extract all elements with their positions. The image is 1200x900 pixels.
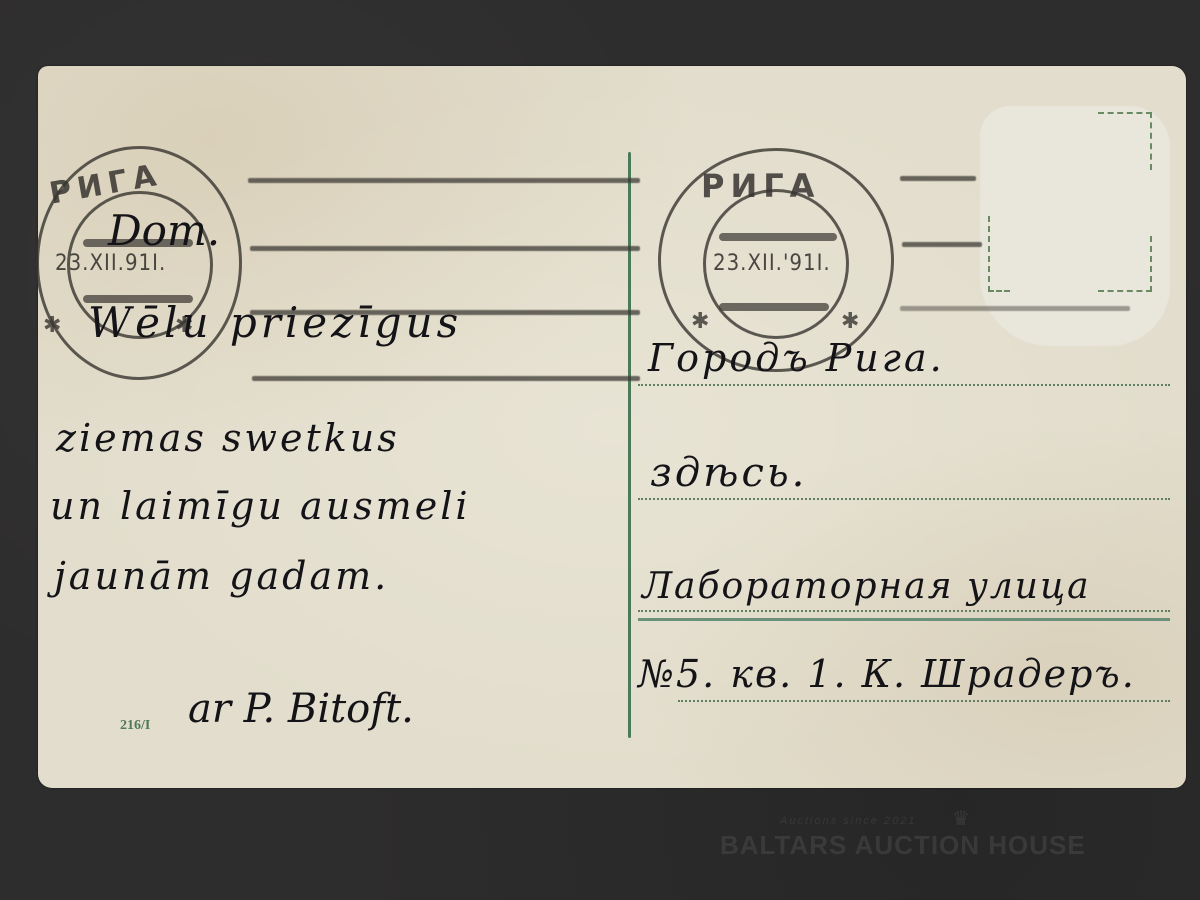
address-line [678,700,1170,702]
address-line-text: №5. кв. 1. К. Шрадеръ. [638,652,1136,696]
postmark-city: РИГА [701,167,820,205]
cancellation-line [250,246,640,251]
signature: ar P. Bitoft. [188,686,414,732]
stamp-box-corner-left [988,216,1010,292]
message-line: un laimīgu ausmeli [50,484,471,528]
cancellation-line [252,376,640,381]
address-line-solid [638,618,1170,621]
address-line [638,610,1170,612]
cancellation-line [900,176,976,181]
print-code: 216/I [120,718,150,734]
message-line: jaunām gadam. [54,554,389,598]
stamp-box-corner-top [1098,112,1152,170]
star-icon: ✱ [691,309,709,334]
cancellation-line [900,306,1130,311]
cancellation-line [902,242,982,247]
vertical-divider [628,152,631,738]
star-icon: ✱ [841,309,859,334]
watermark-subtitle: Auctions since 2021 [780,815,916,827]
postmark-date: 23.XII.'91I. [713,251,831,276]
message-line: Wēlu priezīgus [88,298,462,347]
address-line [638,498,1170,500]
address-line [638,384,1170,386]
stamp-box-corner-bottom [1098,236,1152,292]
message-line: ziemas swetkus [56,416,400,460]
address-line-text: здѣсь. [650,450,807,496]
cancellation-line [248,178,640,183]
star-icon: ✱ [43,313,61,338]
watermark: BALTARS AUCTION HOUSE [720,830,1086,861]
message-line: Dom. [108,206,220,255]
address-line-text: Городъ Рига. [648,336,945,380]
postcard: РИГА 23.XII.91I. ✱ ✱ РИГА 23.XII.'91I. ✱… [38,66,1186,788]
crown-icon: ♛ [952,806,976,830]
address-line-text: Лабораторная улица [642,566,1091,607]
